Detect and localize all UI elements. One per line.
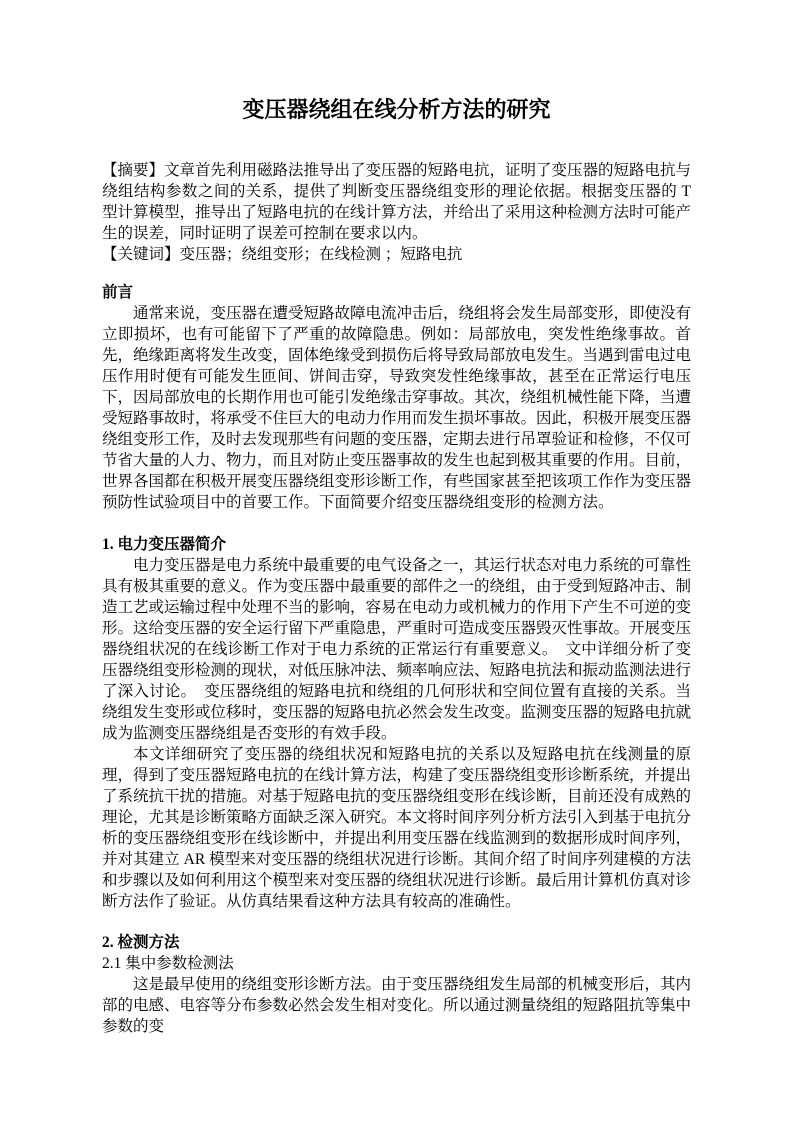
section-2-1-paragraph: 这是最早使用的绕组变形诊断方法。由于变压器绕组发生局部的机械变形后，其内部的电感… xyxy=(102,974,691,1037)
section-foreword: 前言 通常来说，变压器在遭受短路故障电流冲击后，绕组将会发生局部变形，即使没有立… xyxy=(102,282,691,513)
abstract-paragraph: 【摘要】文章首先利用磁路法推导出了变压器的短路电抗，证明了变压器的短路电抗与绕组… xyxy=(102,160,691,244)
section-2-heading: 2. 检测方法 xyxy=(102,932,691,953)
section-1-heading: 1. 电力变压器简介 xyxy=(102,534,691,555)
foreword-heading: 前言 xyxy=(102,282,691,303)
keywords-line: 【关键词】变压器；绕组变形；在线检测 ；短路电抗 xyxy=(102,244,691,265)
section-2-1-subheading: 2.1 集中参数检测法 xyxy=(102,953,691,974)
document-page: 变压器绕组在线分析方法的研究 【摘要】文章首先利用磁路法推导出了变压器的短路电抗… xyxy=(0,0,793,1122)
document-title: 变压器绕组在线分析方法的研究 xyxy=(102,96,691,124)
section-2-detection-methods: 2. 检测方法 2.1 集中参数检测法 这是最早使用的绕组变形诊断方法。由于变压… xyxy=(102,932,691,1037)
section-1-paragraph-1: 电力变压器是电力系统中最重要的电气设备之一，其运行状态对电力系统的可靠性具有极其… xyxy=(102,555,691,744)
section-1-transformer-intro: 1. 电力变压器简介 电力变压器是电力系统中最重要的电气设备之一，其运行状态对电… xyxy=(102,534,691,912)
section-1-paragraph-2: 本文详细研究了变压器的绕组状况和短路电抗的关系以及短路电抗在线测量的原理，得到了… xyxy=(102,744,691,912)
foreword-paragraph: 通常来说，变压器在遭受短路故障电流冲击后，绕组将会发生局部变形，即使没有立即损坏… xyxy=(102,303,691,513)
